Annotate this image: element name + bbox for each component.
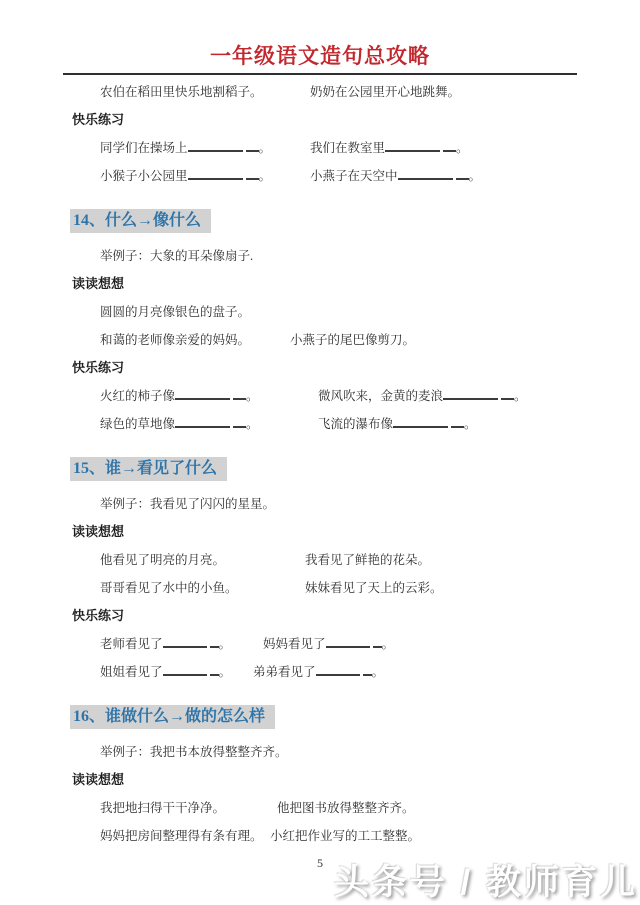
sentence-row: 和蔼的老师像亲爱的妈妈。 小燕子的尾巴像剪刀。 bbox=[0, 332, 640, 348]
fill-blank: 妈妈看见了。 bbox=[263, 636, 394, 652]
sentence-text: 奶奶在公园里开心地跳舞。 bbox=[310, 84, 460, 100]
sentence-text: 我把地扫得干干净净。 bbox=[100, 801, 225, 815]
sentence-text: 他把图书放得整整齐齐。 bbox=[277, 800, 415, 816]
section-heading-text: 14、什么→像什么 bbox=[70, 209, 211, 233]
fill-blank: 绿色的草地像。 bbox=[100, 417, 259, 431]
blank-underline bbox=[393, 419, 448, 428]
practice-label: 快乐练习 bbox=[0, 608, 640, 624]
period: 。 bbox=[246, 389, 259, 403]
blank-underline bbox=[456, 171, 469, 180]
blank-underline bbox=[210, 667, 219, 676]
sentence-row: 圆圆的月亮像银色的盘子。 bbox=[0, 304, 640, 320]
blank-stem: 我们在教室里 bbox=[310, 141, 385, 155]
fill-blank: 弟弟看见了。 bbox=[253, 664, 384, 680]
blank-underline bbox=[443, 143, 456, 152]
period: 。 bbox=[372, 665, 385, 679]
fill-blank-row: 老师看见了。 妈妈看见了。 bbox=[0, 636, 640, 652]
period: 。 bbox=[382, 637, 395, 651]
fill-blank: 老师看见了。 bbox=[100, 637, 231, 651]
blank-stem: 小猴子小公园里 bbox=[100, 169, 188, 183]
blank-underline bbox=[188, 171, 243, 180]
fill-blank-row: 小猴子小公园里。 小燕子在天空中。 bbox=[0, 168, 640, 184]
fill-blank-row: 同学们在操场上。 我们在教室里。 bbox=[0, 140, 640, 156]
period: 。 bbox=[259, 169, 272, 183]
blank-underline bbox=[373, 639, 382, 648]
period: 。 bbox=[464, 417, 477, 431]
sentence-text: 我看见了鲜艳的花朵。 bbox=[305, 552, 430, 568]
section-heading-15: 15、谁→看见了什么 bbox=[70, 457, 640, 481]
blank-stem: 同学们在操场上 bbox=[100, 141, 188, 155]
blank-underline bbox=[246, 143, 259, 152]
period: 。 bbox=[456, 141, 469, 155]
blank-underline bbox=[501, 391, 514, 400]
section-heading-16: 16、谁做什么→做的怎么样 bbox=[70, 705, 640, 729]
sentence-text: 和蔼的老师像亲爱的妈妈。 bbox=[100, 333, 250, 347]
blank-underline bbox=[246, 171, 259, 180]
period: 。 bbox=[469, 169, 482, 183]
fill-blank: 微风吹来，金黄的麦浪。 bbox=[318, 388, 527, 404]
document-page: 一年级语文造句总攻略 农伯在稻田里快乐地割稻子。 奶奶在公园里开心地跳舞。 快乐… bbox=[0, 0, 640, 905]
blank-stem: 火红的柿子像 bbox=[100, 389, 175, 403]
fill-blank-row: 火红的柿子像。 微风吹来，金黄的麦浪。 bbox=[0, 388, 640, 404]
period: 。 bbox=[219, 665, 232, 679]
section-heading-text: 16、谁做什么→做的怎么样 bbox=[70, 705, 275, 729]
blank-underline bbox=[385, 143, 440, 152]
period: 。 bbox=[514, 389, 527, 403]
sentence-text: 妹妹看见了天上的云彩。 bbox=[305, 580, 443, 596]
sentence-row: 农伯在稻田里快乐地割稻子。 奶奶在公园里开心地跳舞。 bbox=[0, 84, 640, 100]
fill-blank: 小燕子在天空中。 bbox=[310, 168, 481, 184]
blank-stem: 绿色的草地像 bbox=[100, 417, 175, 431]
fill-blank-row: 绿色的草地像。 飞流的瀑布像。 bbox=[0, 416, 640, 432]
blank-underline bbox=[163, 667, 207, 676]
sentence-row: 他看见了明亮的月亮。 我看见了鲜艳的花朵。 bbox=[0, 552, 640, 568]
example-row: 举例子：我把书本放得整整齐齐。 bbox=[0, 744, 640, 760]
blank-underline bbox=[363, 667, 372, 676]
sentence-text: 农伯在稻田里快乐地割稻子。 bbox=[100, 85, 263, 99]
blank-underline bbox=[210, 639, 219, 648]
sentence-text: 妈妈把房间整理得有条有理。 bbox=[100, 829, 263, 843]
sentence-text: 他看见了明亮的月亮。 bbox=[100, 553, 225, 567]
blank-stem: 小燕子在天空中 bbox=[310, 169, 398, 183]
period: 。 bbox=[259, 141, 272, 155]
watermark: 头条号 / 教师育儿 bbox=[334, 855, 638, 905]
sentence-text: 圆圆的月亮像银色的盘子。 bbox=[100, 305, 250, 319]
practice-label: 快乐练习 bbox=[0, 360, 640, 376]
period: 。 bbox=[246, 417, 259, 431]
page-title: 一年级语文造句总攻略 bbox=[0, 40, 640, 70]
fill-blank: 我们在教室里。 bbox=[310, 140, 469, 156]
think-label: 读读想想 bbox=[0, 524, 640, 540]
sentence-row: 我把地扫得干干净净。 他把图书放得整整齐齐。 bbox=[0, 800, 640, 816]
sentence-text: 小燕子的尾巴像剪刀。 bbox=[290, 332, 415, 348]
blank-stem: 姐姐看见了 bbox=[100, 665, 163, 679]
blank-stem: 微风吹来，金黄的麦浪 bbox=[318, 389, 443, 403]
sentence-row: 妈妈把房间整理得有条有理。 小红把作业写的工工整整。 bbox=[0, 828, 640, 844]
example-row: 举例子：大象的耳朵像扇子. bbox=[0, 248, 640, 264]
sentence-text: 哥哥看见了水中的小鱼。 bbox=[100, 581, 238, 595]
blank-stem: 飞流的瀑布像 bbox=[318, 417, 393, 431]
blank-stem: 妈妈看见了 bbox=[263, 637, 326, 651]
blank-underline bbox=[175, 419, 230, 428]
blank-underline bbox=[326, 639, 370, 648]
period: 。 bbox=[219, 637, 232, 651]
blank-underline bbox=[233, 391, 246, 400]
blank-underline bbox=[188, 143, 243, 152]
sentence-text: 小红把作业写的工工整整。 bbox=[270, 828, 420, 844]
blank-stem: 老师看见了 bbox=[100, 637, 163, 651]
fill-blank: 姐姐看见了。 bbox=[100, 665, 231, 679]
fill-blank: 火红的柿子像。 bbox=[100, 389, 259, 403]
fill-blank: 飞流的瀑布像。 bbox=[318, 416, 477, 432]
example-text: 举例子：我看见了闪闪的星星。 bbox=[100, 497, 275, 511]
section-heading-text: 15、谁→看见了什么 bbox=[70, 457, 227, 481]
blank-underline bbox=[451, 419, 464, 428]
blank-underline bbox=[233, 419, 246, 428]
title-divider bbox=[63, 73, 577, 75]
fill-blank-row: 姐姐看见了。 弟弟看见了。 bbox=[0, 664, 640, 680]
fill-blank: 同学们在操场上。 bbox=[100, 141, 271, 155]
think-label: 读读想想 bbox=[0, 276, 640, 292]
practice-label: 快乐练习 bbox=[0, 112, 640, 128]
blank-underline bbox=[175, 391, 230, 400]
think-label: 读读想想 bbox=[0, 772, 640, 788]
blank-underline bbox=[443, 391, 498, 400]
blank-underline bbox=[316, 667, 360, 676]
section-heading-14: 14、什么→像什么 bbox=[70, 209, 640, 233]
example-text: 举例子：大象的耳朵像扇子. bbox=[100, 249, 253, 263]
example-row: 举例子：我看见了闪闪的星星。 bbox=[0, 496, 640, 512]
blank-underline bbox=[398, 171, 453, 180]
sentence-row: 哥哥看见了水中的小鱼。 妹妹看见了天上的云彩。 bbox=[0, 580, 640, 596]
fill-blank: 小猴子小公园里。 bbox=[100, 169, 271, 183]
example-text: 举例子：我把书本放得整整齐齐。 bbox=[100, 745, 288, 759]
blank-stem: 弟弟看见了 bbox=[253, 665, 316, 679]
blank-underline bbox=[163, 639, 207, 648]
